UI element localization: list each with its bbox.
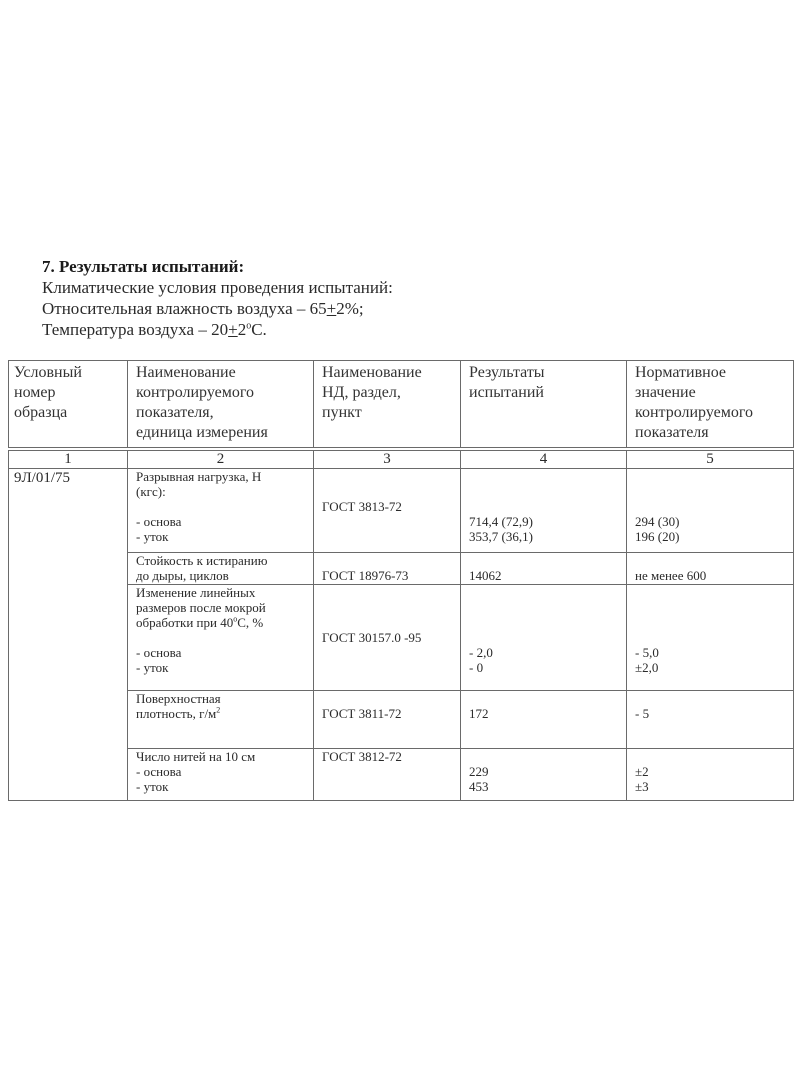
temperature-unit: С. xyxy=(251,320,267,339)
humidity-value: 2%; xyxy=(336,299,363,318)
header-indicator: Наименованиеконтролируемогопоказателя,ед… xyxy=(128,361,314,448)
temperature-line: Температура воздуха – 20+2oС. xyxy=(42,319,393,340)
indicator-cell: Стойкость к истираниюдо дыры, циклов xyxy=(128,553,314,585)
result-cell: 172 xyxy=(461,691,627,749)
header-norm: Нормативноезначениеконтролируемогопоказа… xyxy=(627,361,794,448)
result-cell: 229453 xyxy=(461,749,627,801)
column-number: 1 xyxy=(9,451,128,469)
humidity-text: Относительная влажность воздуха – 65 xyxy=(42,299,327,318)
standard-cell: ГОСТ 3813-72 xyxy=(314,469,461,553)
header-sample-number: Условныйномеробразца xyxy=(9,361,128,448)
standard-cell: ГОСТ 18976-73 xyxy=(314,553,461,585)
indicator-cell: Поверхностнаяплотность, г/м2 xyxy=(128,691,314,749)
column-number: 2 xyxy=(128,451,314,469)
table-row: 9Л/01/75 Разрывная нагрузка, Н (кгс): - … xyxy=(9,469,794,553)
result-cell: 14062 xyxy=(461,553,627,585)
standard-cell: ГОСТ 30157.0 -95 xyxy=(314,585,461,691)
section-title: 7. Результаты испытаний: xyxy=(42,256,393,277)
results-table-body: 9Л/01/75 Разрывная нагрузка, Н (кгс): - … xyxy=(8,468,794,801)
result-cell: - 2,0- 0 xyxy=(461,585,627,691)
norm-cell: ±2±3 xyxy=(627,749,794,801)
results-table-header: Условныйномеробразца Наименованиеконтрол… xyxy=(8,360,794,448)
sample-id: 9Л/01/75 xyxy=(9,469,128,801)
test-conditions: 7. Результаты испытаний: Климатические у… xyxy=(42,256,393,340)
column-number-row: 1 2 3 4 5 xyxy=(8,450,794,469)
temperature-value: 2 xyxy=(238,320,247,339)
standard-cell: ГОСТ 3812-72 xyxy=(314,749,461,801)
indicator-cell: Разрывная нагрузка, Н (кгс): - основа - … xyxy=(128,469,314,553)
norm-cell: - 5 xyxy=(627,691,794,749)
column-number: 3 xyxy=(314,451,461,469)
humidity-tolerance: + xyxy=(327,299,337,318)
temperature-text: Температура воздуха – 20 xyxy=(42,320,228,339)
header-results: Результатыиспытаний xyxy=(461,361,627,448)
norm-cell: 294 (30)196 (20) xyxy=(627,469,794,553)
climate-label: Климатические условия проведения испытан… xyxy=(42,277,393,298)
humidity-line: Относительная влажность воздуха – 65+2%; xyxy=(42,298,393,319)
result-cell: 714,4 (72,9)353,7 (36,1) xyxy=(461,469,627,553)
indicator-cell: Изменение линейных размеров после мокрой… xyxy=(128,585,314,691)
standard-cell: ГОСТ 3811-72 xyxy=(314,691,461,749)
column-number: 4 xyxy=(461,451,627,469)
norm-cell: - 5,0±2,0 xyxy=(627,585,794,691)
column-number: 5 xyxy=(627,451,794,469)
norm-cell: не менее 600 xyxy=(627,553,794,585)
header-standard: НаименованиеНД, раздел,пункт xyxy=(314,361,461,448)
temperature-tolerance: + xyxy=(228,320,238,339)
indicator-cell: Число нитей на 10 см- основа- уток xyxy=(128,749,314,801)
